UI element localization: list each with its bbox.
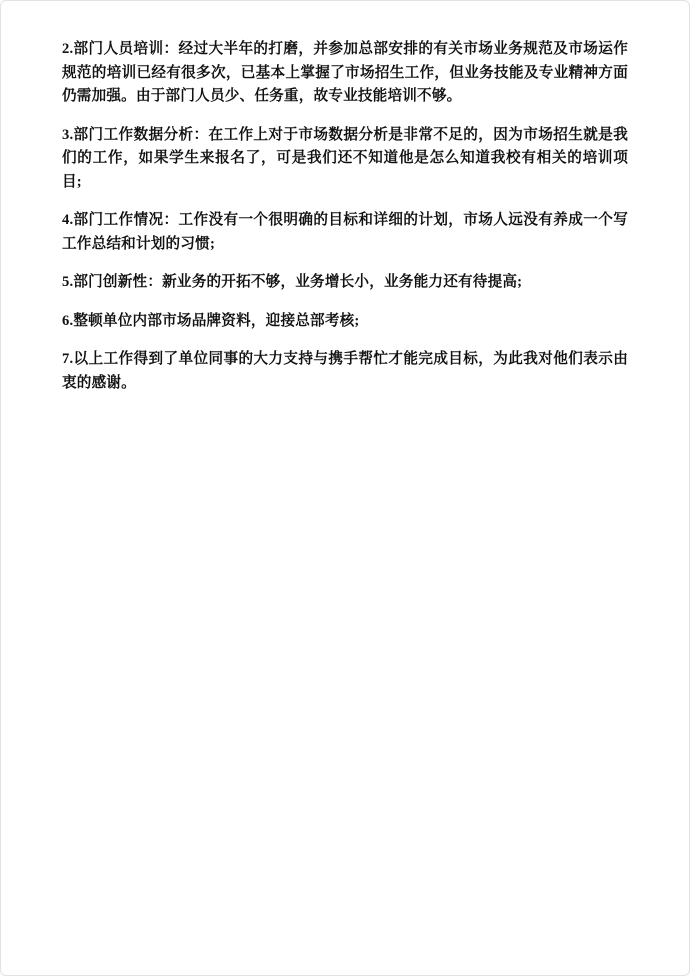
paragraph-item-3: 3.部门工作数据分析：在工作上对于市场数据分析是非常不足的，因为市场招生就是我们…: [62, 124, 628, 195]
paragraph-item-4: 4.部门工作情况：工作没有一个很明确的目标和详细的计划，市场人远没有养成一个写工…: [62, 209, 628, 256]
document-page: 2.部门人员培训：经过大半年的打磨，并参加总部安排的有关市场业务规范及市场运作规…: [0, 0, 690, 976]
paragraph-item-7: 7.以上工作得到了单位同事的大力支持与携手帮忙才能完成目标，为此我对他们表示由衷…: [62, 348, 628, 395]
paragraph-item-6: 6.整顿单位内部市场品牌资料，迎接总部考核;: [62, 310, 628, 334]
document-content: 2.部门人员培训：经过大半年的打磨，并参加总部安排的有关市场业务规范及市场运作规…: [1, 1, 689, 395]
paragraph-item-2: 2.部门人员培训：经过大半年的打磨，并参加总部安排的有关市场业务规范及市场运作规…: [62, 38, 628, 109]
paragraph-item-5: 5.部门创新性：新业务的开拓不够，业务增长小，业务能力还有待提高;: [62, 271, 628, 295]
